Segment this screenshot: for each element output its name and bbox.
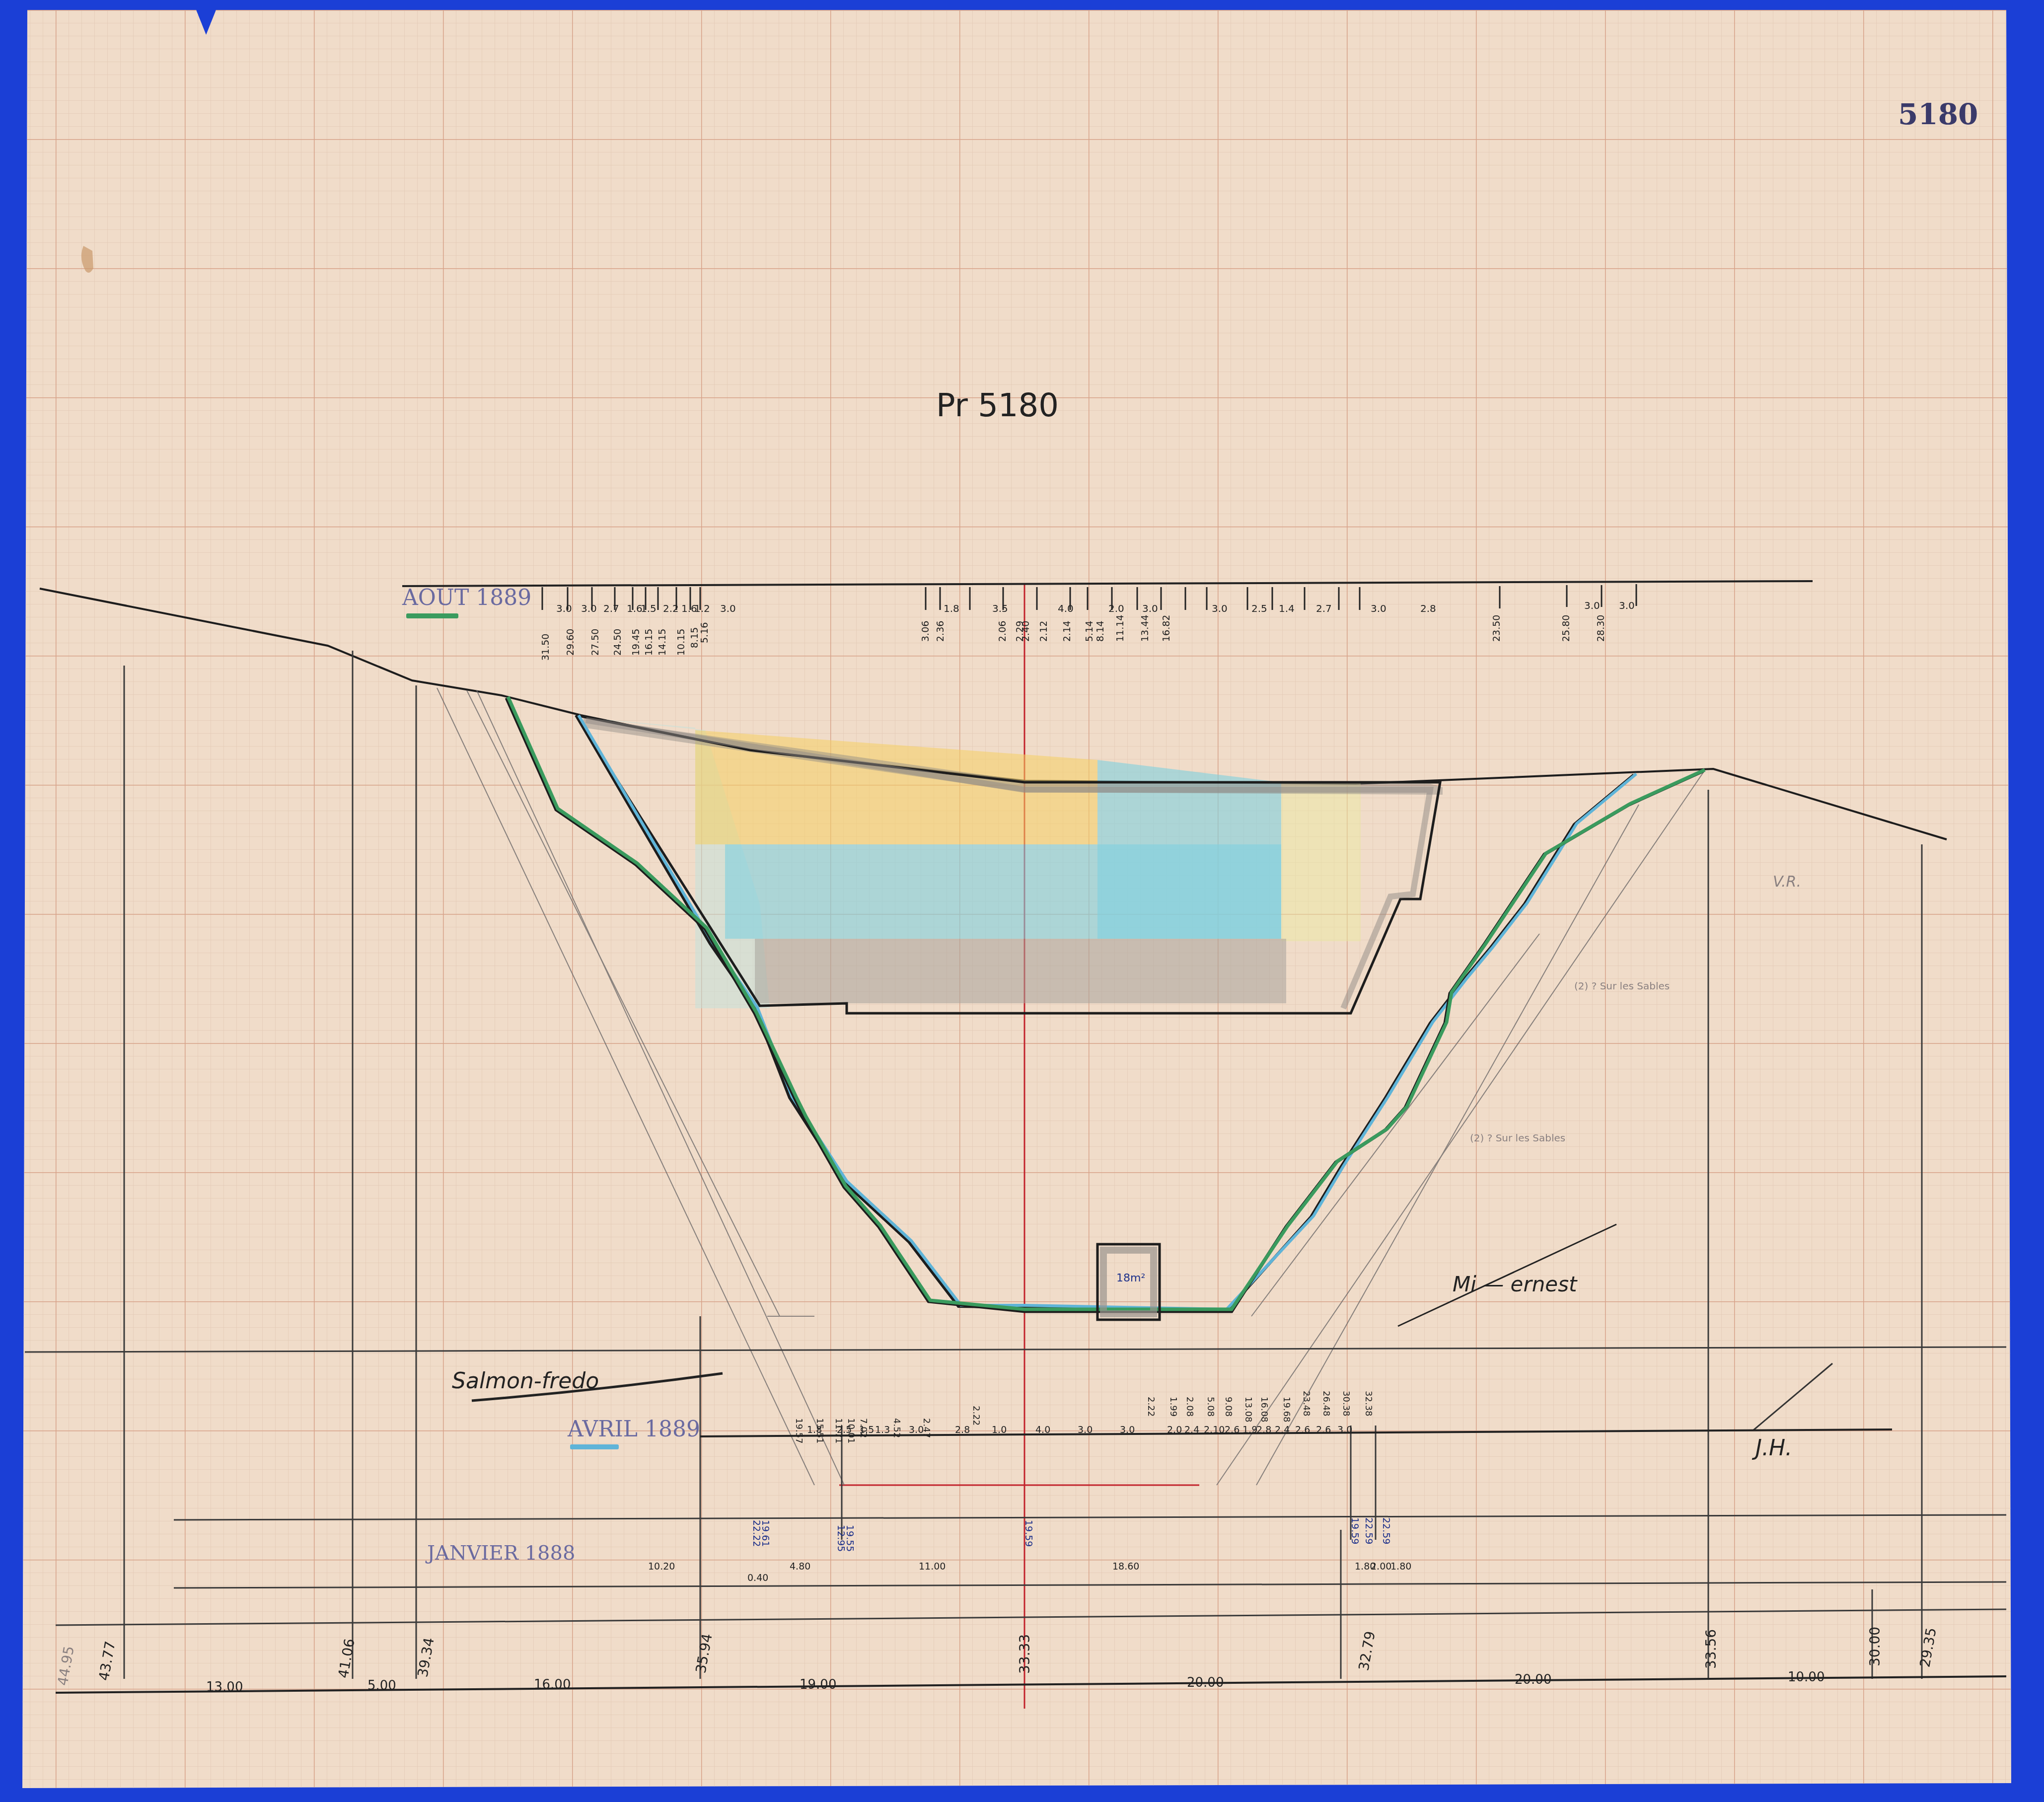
svg-text:2.47: 2.47 (921, 1418, 932, 1438)
svg-text:4.80: 4.80 (790, 1561, 810, 1572)
svg-text:14.15: 14.15 (657, 629, 668, 656)
pencil-initials: V.R. (1773, 873, 1801, 891)
svg-text:23.48: 23.48 (1301, 1391, 1312, 1417)
svg-text:1.4: 1.4 (1279, 602, 1295, 614)
svg-text:8.15: 8.15 (689, 627, 700, 648)
svg-text:19.61: 19.61 (760, 1520, 771, 1547)
svg-text:13.08: 13.08 (1243, 1397, 1253, 1423)
svg-text:J.H.: J.H. (1752, 1435, 1792, 1461)
svg-text:20.00: 20.00 (1187, 1675, 1224, 1690)
svg-text:10.20: 10.20 (648, 1561, 675, 1572)
svg-text:2.14: 2.14 (1062, 621, 1073, 642)
profile-title: Pr 5180 (936, 387, 1059, 424)
svg-text:1.0: 1.0 (992, 1425, 1007, 1435)
svg-text:28.30: 28.30 (1596, 615, 1606, 642)
svg-text:2.08: 2.08 (1184, 1397, 1195, 1417)
svg-text:15.51: 15.51 (814, 1418, 825, 1444)
svg-text:3.5: 3.5 (992, 602, 1008, 614)
svg-text:3.0: 3.0 (720, 602, 736, 614)
svg-text:10.15: 10.15 (676, 629, 687, 656)
svg-text:2.7: 2.7 (603, 602, 619, 614)
avril-legend-swatch (570, 1444, 619, 1449)
svg-text:8.14: 8.14 (1095, 621, 1106, 642)
svg-text:2.0: 2.0 (1108, 602, 1124, 614)
svg-text:4.0: 4.0 (1058, 602, 1074, 614)
svg-text:10.01: 10.01 (846, 1418, 856, 1444)
svg-text:18.60: 18.60 (1112, 1561, 1139, 1572)
svg-text:2.22: 2.22 (1146, 1397, 1156, 1417)
svg-text:26.48: 26.48 (1321, 1391, 1331, 1417)
svg-text:19.55: 19.55 (844, 1525, 855, 1552)
svg-text:16.00: 16.00 (534, 1677, 571, 1692)
svg-text:10.00: 10.00 (1788, 1670, 1825, 1685)
svg-text:1.9: 1.9 (1242, 1425, 1257, 1435)
svg-text:24.50: 24.50 (612, 629, 623, 656)
svg-text:3.0: 3.0 (1142, 602, 1158, 614)
svg-text:31.50: 31.50 (540, 634, 551, 661)
avril-width-values: 1.8 2.5 1.5 1.3 3.0 2.8 1.0 4.0 3.0 3.0 … (807, 1425, 1352, 1435)
culvert-area-label: 18m² (1116, 1272, 1145, 1284)
janvier-label: JANVIER 1888 (425, 1542, 575, 1565)
svg-text:1.2: 1.2 (694, 602, 710, 614)
svg-text:19.57: 19.57 (794, 1418, 804, 1444)
svg-text:5.16: 5.16 (699, 622, 710, 643)
svg-text:33.33: 33.33 (1017, 1634, 1033, 1674)
slope-note-upper: (2) ? Sur les Sables (1574, 980, 1670, 992)
svg-text:9.08: 9.08 (1223, 1397, 1234, 1417)
svg-text:5.00: 5.00 (367, 1678, 396, 1693)
svg-text:19.59: 19.59 (1349, 1517, 1360, 1544)
svg-text:4.52: 4.52 (891, 1418, 902, 1438)
svg-text:3.0: 3.0 (1619, 600, 1635, 611)
svg-text:27.50: 27.50 (590, 629, 601, 656)
svg-text:2.22: 2.22 (971, 1406, 981, 1426)
svg-text:16.08: 16.08 (1259, 1397, 1269, 1423)
svg-text:16.15: 16.15 (644, 629, 655, 656)
aout-legend-swatch (406, 613, 458, 618)
svg-text:5.14: 5.14 (1084, 621, 1095, 642)
svg-text:2.12: 2.12 (1038, 621, 1049, 642)
svg-text:19.59: 19.59 (1023, 1520, 1034, 1547)
svg-text:2.06: 2.06 (997, 621, 1008, 642)
avril-label: AVRIL 1889 (567, 1417, 700, 1442)
sheet-number: 5180 (1898, 97, 1978, 131)
svg-text:2.4: 2.4 (1275, 1425, 1290, 1435)
svg-text:16.82: 16.82 (1161, 615, 1172, 642)
svg-text:1.5: 1.5 (641, 602, 657, 614)
svg-text:2.6: 2.6 (1295, 1425, 1310, 1435)
svg-text:3.0: 3.0 (556, 602, 572, 614)
svg-text:2.0: 2.0 (1167, 1425, 1182, 1435)
svg-text:2.4: 2.4 (1184, 1425, 1199, 1435)
svg-text:2.2: 2.2 (663, 602, 679, 614)
svg-text:23.50: 23.50 (1491, 615, 1502, 642)
svg-text:2.8: 2.8 (1256, 1425, 1271, 1435)
svg-text:2.8: 2.8 (1420, 602, 1436, 614)
svg-text:3.0: 3.0 (1584, 600, 1600, 611)
svg-text:3.0: 3.0 (1371, 602, 1387, 614)
svg-text:22.59: 22.59 (1381, 1517, 1391, 1544)
svg-text:3.0: 3.0 (581, 602, 597, 614)
svg-text:33.56: 33.56 (1703, 1629, 1719, 1669)
svg-text:1.99: 1.99 (1168, 1397, 1178, 1417)
svg-text:3.0: 3.0 (1337, 1425, 1352, 1435)
svg-text:11.71: 11.71 (833, 1418, 844, 1444)
svg-text:5.08: 5.08 (1205, 1397, 1216, 1417)
svg-text:2.6: 2.6 (1225, 1425, 1240, 1435)
svg-text:30.38: 30.38 (1341, 1391, 1351, 1417)
drawing-sheet: 5180 Pr 5180 AOUT 1889 3.0 3.0 2.7 1.6 1… (0, 0, 2044, 1802)
svg-text:2.10: 2.10 (1204, 1425, 1225, 1435)
svg-text:22.59: 22.59 (1363, 1517, 1374, 1544)
svg-text:29.60: 29.60 (565, 629, 576, 656)
svg-text:2.7: 2.7 (1316, 602, 1332, 614)
svg-text:2.6: 2.6 (1316, 1425, 1331, 1435)
svg-text:2.5: 2.5 (1251, 602, 1267, 614)
svg-text:0.40: 0.40 (747, 1573, 768, 1583)
svg-text:Salmon-fredo: Salmon-fredo (452, 1368, 599, 1394)
svg-text:25.80: 25.80 (1561, 615, 1572, 642)
svg-text:1.3: 1.3 (875, 1425, 890, 1435)
svg-text:4.0: 4.0 (1035, 1425, 1050, 1435)
slope-note-lower: (2) ? Sur les Sables (1470, 1132, 1565, 1144)
svg-text:3.0: 3.0 (1120, 1425, 1135, 1435)
svg-text:2.29: 2.29 (1015, 621, 1025, 642)
svg-text:11.14: 11.14 (1115, 615, 1126, 642)
svg-text:1.8: 1.8 (944, 602, 959, 614)
svg-text:30.00: 30.00 (1867, 1627, 1883, 1666)
svg-text:3.0: 3.0 (1212, 602, 1228, 614)
svg-text:19.00: 19.00 (800, 1677, 836, 1692)
svg-text:19.68: 19.68 (1281, 1397, 1292, 1423)
svg-text:32.38: 32.38 (1363, 1391, 1374, 1417)
svg-text:2.8: 2.8 (955, 1425, 970, 1435)
svg-text:3.06: 3.06 (920, 621, 931, 642)
svg-text:13.00: 13.00 (206, 1680, 243, 1695)
svg-text:3.0: 3.0 (1078, 1425, 1093, 1435)
svg-text:19.45: 19.45 (631, 629, 642, 656)
aout-label: AOUT 1889 (402, 585, 531, 610)
svg-text:7.02: 7.02 (858, 1418, 869, 1438)
svg-text:20.00: 20.00 (1515, 1672, 1551, 1687)
svg-text:13.44: 13.44 (1140, 615, 1151, 642)
svg-text:2.36: 2.36 (935, 621, 946, 642)
svg-text:11.00: 11.00 (919, 1561, 946, 1572)
svg-text:Mi — ernest: Mi — ernest (1453, 1272, 1578, 1296)
svg-text:2.00: 2.00 (1371, 1561, 1391, 1572)
svg-text:1.80: 1.80 (1390, 1561, 1411, 1572)
